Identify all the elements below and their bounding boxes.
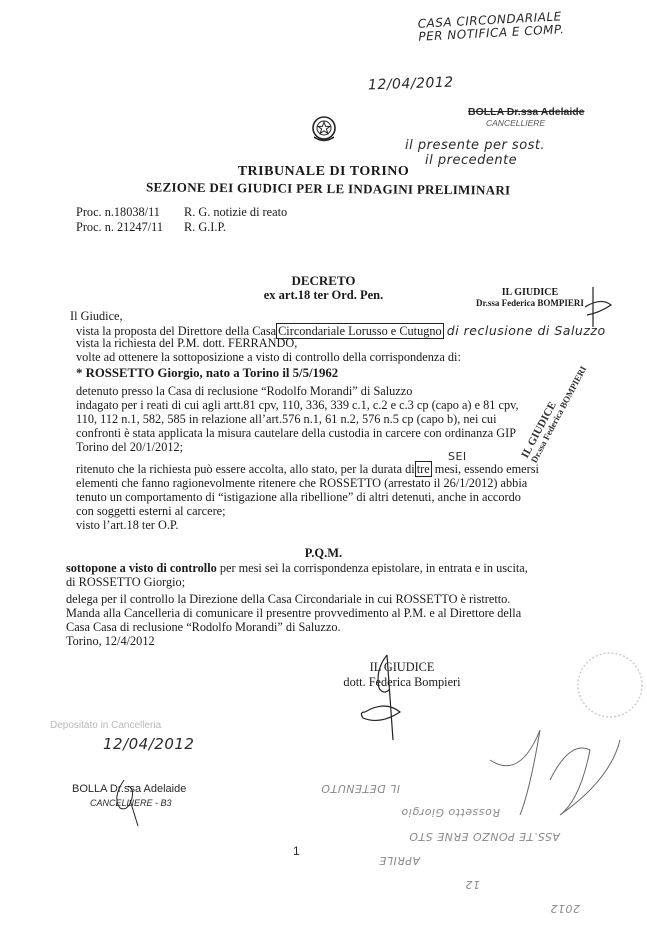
pqm-line-5: Casa Casa di reclusione “Rodolfo Morandi… bbox=[66, 620, 341, 635]
judge-stamp-top: IL GIUDICE Dr.ssa Federica BOMPIERI bbox=[476, 287, 584, 309]
italian-republic-emblem-icon bbox=[308, 113, 340, 145]
judge-stamp-top-line2: Dr.ssa Federica BOMPIERI bbox=[476, 298, 584, 309]
proc-number: Proc. n. 21247/11 bbox=[76, 220, 184, 235]
proc-number: Proc. n.18038/11 bbox=[76, 205, 184, 220]
court-title: TRIBUNALE DI TORINO bbox=[0, 164, 647, 180]
proc-register: R. G.I.P. bbox=[184, 220, 226, 235]
body-line-10: ritenuto che la richiesta può essere acc… bbox=[76, 462, 539, 477]
body-line-11: elementi che fanno ragionevolmente riten… bbox=[76, 476, 527, 491]
body-line-9: Torino del 20/1/2012; bbox=[76, 440, 183, 455]
boxed-correction: Circondariale Lorusso e Cutugno bbox=[276, 323, 444, 339]
body-line-14: visto l’art.18 ter O.P. bbox=[76, 518, 178, 533]
top-stamp-role: CANCELLIERE bbox=[486, 118, 585, 128]
pqm-heading: P.Q.M. bbox=[0, 546, 647, 561]
top-stamp-name: BOLLA Dr.ssa Adelaide bbox=[468, 106, 585, 118]
body-line-6: indagato per i reati di cui agli artt.81… bbox=[76, 398, 519, 413]
court-section: SEZIONE DEI GIUDICI PER LE INDAGINI PREL… bbox=[146, 179, 511, 198]
side-note-line1: il presente per sost. bbox=[405, 138, 545, 153]
body-line-3: volte ad ottenere la sottoposizione a vi… bbox=[76, 350, 461, 365]
body-line-2: vista la richiesta del P.M. dott. FERRAN… bbox=[76, 336, 297, 351]
bleed-through-signatures bbox=[460, 720, 630, 825]
handwritten-date-top: 12/04/2012 bbox=[368, 75, 454, 94]
judge-signature-scribble bbox=[345, 650, 435, 750]
proceedings-block: Proc. n.18038/11 R. G. notizie di reato … bbox=[76, 205, 287, 235]
body-line-7: 110, 112 n.1, 582, 585 in relazione all’… bbox=[76, 412, 497, 427]
judge-stamp-top-line1: IL GIUDICE bbox=[476, 287, 584, 298]
side-judge-stamp: IL GIUDICE Dr.ssa Federica BOMPIERI bbox=[520, 360, 588, 465]
pqm-line-4: Manda alla Cancelleria di comunicare il … bbox=[66, 606, 521, 621]
top-stamp: BOLLA Dr.ssa Adelaide CANCELLIERE bbox=[468, 106, 585, 128]
opening: Il Giudice, bbox=[70, 309, 123, 324]
place-date: Torino, 12/4/2012 bbox=[66, 634, 155, 649]
page-number: 1 bbox=[293, 844, 300, 858]
handwritten-insertion: di reclusione di Saluzzo bbox=[447, 323, 606, 338]
handwritten-note-top: CASA CIRCONDARIALE PER NOTIFICA E COMP. bbox=[417, 10, 564, 44]
deposit-stamp-line1: Depositato in Cancelleria bbox=[50, 720, 161, 731]
body-line-12: tenuto un comportamento di “istigazione … bbox=[76, 490, 521, 505]
subject-line: * ROSSETTO Giorgio, nato a Torino il 5/5… bbox=[76, 366, 338, 381]
clerk-signature-scribble bbox=[108, 778, 148, 833]
pqm-line-2: di ROSSETTO Giorgio; bbox=[66, 575, 185, 590]
body-line-5: detenuto presso la Casa di reclusione “R… bbox=[76, 384, 412, 399]
deposit-date: 12/04/2012 bbox=[103, 735, 194, 753]
pqm-line-1: sottopone a visto di controllo per mesi … bbox=[66, 561, 528, 576]
boxed-strikeout: tre bbox=[415, 461, 432, 477]
body-line-13: con soggetti esterni al carcere; bbox=[76, 504, 226, 519]
proc-register: R. G. notizie di reato bbox=[184, 205, 287, 220]
pqm-line-3: delega per il controllo la Direzione del… bbox=[66, 592, 510, 607]
body-line-8: confronti è stata applicata la misura ca… bbox=[76, 426, 516, 441]
